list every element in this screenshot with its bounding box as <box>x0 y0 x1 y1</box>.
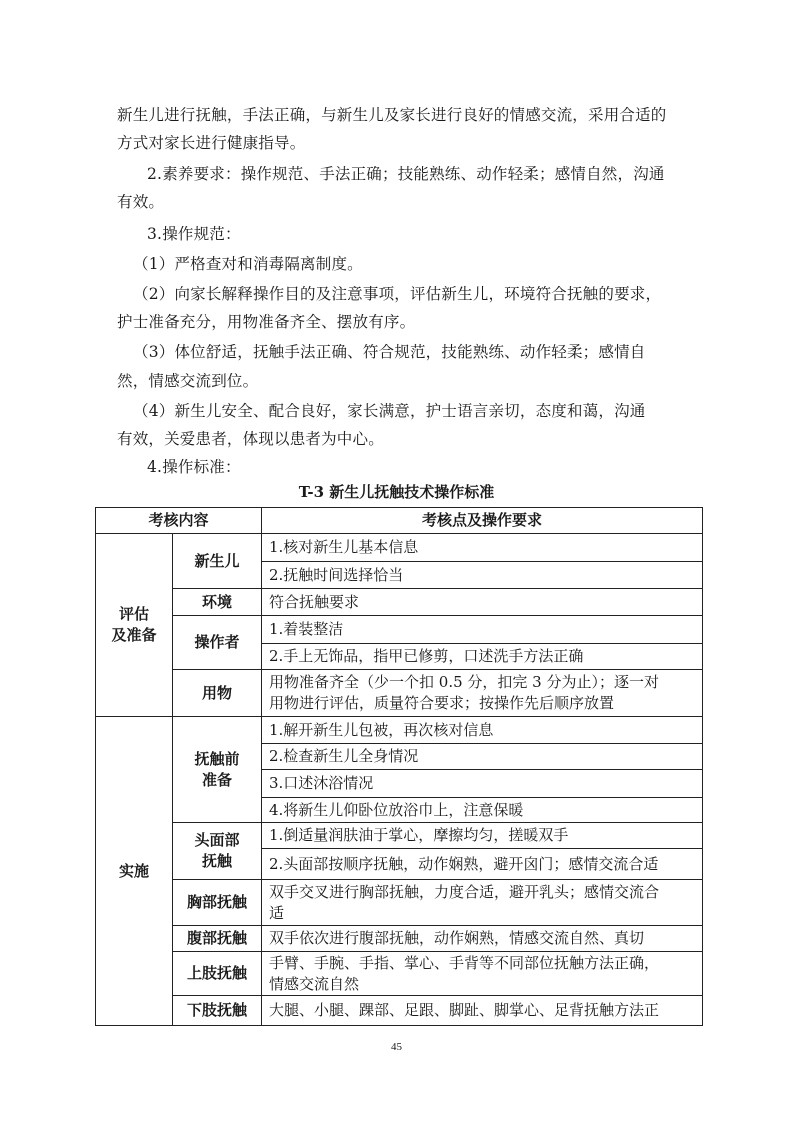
table-title: T-3 新生儿抚触技术操作标准 <box>0 482 793 502</box>
requirement-cell-text: 1.倒适量润肤油于掌心，摩擦均匀，搓暖双手 <box>269 825 568 846</box>
requirement-cell: 2.检查新生儿全身情况 <box>261 743 703 770</box>
requirement-cell: 双手依次进行腹部抚触，动作娴熟，情感交流自然、真切 <box>261 925 703 952</box>
item-cell: 操作者 <box>172 615 262 670</box>
requirement-cell-text: 3.口述沐浴情况 <box>269 773 373 794</box>
item-cell: 上肢抚触 <box>172 951 262 996</box>
section-cell-text: 评估 <box>111 604 156 625</box>
requirement-cell: 2.手上无饰品，指甲已修剪，口述洗手方法正确 <box>261 643 703 670</box>
item-cell-text: 准备 <box>194 770 239 791</box>
requirement-cell-text: 双手依次进行腹部抚触，动作娴熟，情感交流自然、真切 <box>269 928 644 949</box>
requirement-cell: 1.倒适量润肤油于掌心，摩擦均匀，搓暖双手 <box>261 822 703 849</box>
requirement-cell-text: 适 <box>269 903 659 924</box>
page-number: 45 <box>0 1041 793 1053</box>
item-cell: 抚触前准备 <box>172 716 262 823</box>
body-line: （3）体位舒适，抚触手法正确、符合规范，技能熟练、动作轻柔；感情自 <box>133 342 683 362</box>
requirement-cell-text: 情感交流自然 <box>269 974 659 995</box>
item-cell-text: 下肢抚触 <box>187 1000 247 1021</box>
requirement-cell-text: 1.着装整洁 <box>269 619 343 640</box>
section-cell-text: 实施 <box>119 861 149 882</box>
item-cell: 腹部抚触 <box>172 925 262 952</box>
requirement-cell: 2.抚触时间选择恰当 <box>261 561 703 589</box>
body-line: 新生儿进行抚触，手法正确，与新生儿及家长进行良好的情感交流，采用合适的 <box>117 105 683 125</box>
requirement-cell-text: 双手交叉进行胸部抚触，力度合适，避开乳头；感情交流合 <box>269 882 659 903</box>
section-cell: 评估及准备 <box>95 533 173 717</box>
requirement-cell: 4.将新生儿仰卧位放浴巾上，注意保暖 <box>261 797 703 823</box>
requirement-cell: 用物准备齐全（少一个扣 0.5 分，扣完 3 分为止）；逐一对用物进行评估，质量… <box>261 669 703 717</box>
requirement-cell-text: 4.将新生儿仰卧位放浴巾上，注意保暖 <box>269 800 523 821</box>
requirement-cell-text: 用物准备齐全（少一个扣 0.5 分，扣完 3 分为止）；逐一对 <box>269 672 659 693</box>
body-line: （2）向家长解释操作目的及注意事项，评估新生儿，环境符合抚触的要求， <box>133 284 683 304</box>
item-cell: 新生儿 <box>172 533 262 589</box>
requirement-cell-text: 手臂、手腕、手指、掌心、手背等不同部位抚触方法正确， <box>269 953 659 974</box>
requirement-cell-text: 大腿、小腿、踝部、足跟、脚趾、脚掌心、足背抚触方法正 <box>269 1000 659 1021</box>
requirement-cell: 双手交叉进行胸部抚触，力度合适，避开乳头；感情交流合适 <box>261 879 703 926</box>
item-cell: 头面部抚触 <box>172 822 262 880</box>
requirement-cell-text: 1.核对新生儿基本信息 <box>269 537 418 558</box>
item-cell-text: 抚触 <box>194 851 239 872</box>
body-line: 方式对家长进行健康指导。 <box>117 133 683 153</box>
body-line: 3.操作规范： <box>147 224 683 244</box>
requirement-cell-text: 1.解开新生儿包被，再次核对信息 <box>269 720 493 741</box>
requirement-cell-text: 用物进行评估，质量符合要求；按操作先后顺序放置 <box>269 693 659 714</box>
item-cell-text: 上肢抚触 <box>187 963 247 984</box>
item-cell-text: 胸部抚触 <box>187 892 247 913</box>
item-cell: 用物 <box>172 669 262 717</box>
item-cell: 胸部抚触 <box>172 879 262 926</box>
requirement-cell-text: 2.抚触时间选择恰当 <box>269 565 403 586</box>
item-cell-text: 腹部抚触 <box>187 928 247 949</box>
requirement-cell: 3.口述沐浴情况 <box>261 769 703 798</box>
requirement-cell: 2.头面部按顺序抚触，动作娴熟，避开囟门；感情交流合适 <box>261 848 703 880</box>
requirement-cell-text: 符合抚触要求 <box>269 592 359 613</box>
requirement-cell: 手臂、手腕、手指、掌心、手背等不同部位抚触方法正确，情感交流自然 <box>261 951 703 996</box>
item-cell-text: 操作者 <box>194 632 239 653</box>
section-cell-text: 及准备 <box>111 625 156 646</box>
item-cell: 下肢抚触 <box>172 995 262 1026</box>
item-cell-text: 头面部 <box>194 830 239 851</box>
body-line: 有效，关爱患者，体现以患者为中心。 <box>117 429 683 449</box>
body-line: （1）严格查对和消毒隔离制度。 <box>133 254 683 274</box>
requirement-cell: 符合抚触要求 <box>261 588 703 616</box>
item-cell-text: 用物 <box>202 683 232 704</box>
section-cell: 实施 <box>95 716 173 1026</box>
requirement-cell-text: 2.头面部按顺序抚触，动作娴熟，避开囟门；感情交流合适 <box>269 854 658 875</box>
header-col-content: 考核内容 <box>95 507 262 534</box>
header-col-requirements: 考核点及操作要求 <box>261 507 703 534</box>
body-line: 4.操作标准： <box>147 457 683 477</box>
requirement-cell: 大腿、小腿、踝部、足跟、脚趾、脚掌心、足背抚触方法正 <box>261 995 703 1026</box>
item-cell-text: 新生儿 <box>194 551 239 572</box>
requirement-cell: 1.核对新生儿基本信息 <box>261 533 703 562</box>
body-line: （4）新生儿安全、配合良好，家长满意，护士语言亲切，态度和蔼，沟通 <box>133 401 683 421</box>
item-cell-text: 环境 <box>202 592 232 613</box>
body-line: 护士准备充分，用物准备齐全、摆放有序。 <box>117 312 683 332</box>
requirement-cell-text: 2.手上无饰品，指甲已修剪，口述洗手方法正确 <box>269 646 583 667</box>
requirement-cell: 1.着装整洁 <box>261 615 703 644</box>
body-line: 有效。 <box>117 192 683 212</box>
requirement-cell: 1.解开新生儿包被，再次核对信息 <box>261 716 703 744</box>
requirement-cell-text: 2.检查新生儿全身情况 <box>269 746 418 767</box>
item-cell: 环境 <box>172 588 262 616</box>
body-line: 然，情感交流到位。 <box>117 371 683 391</box>
body-line: 2.素养要求：操作规范、手法正确；技能熟练、动作轻柔；感情自然，沟通 <box>147 164 683 184</box>
item-cell-text: 抚触前 <box>194 749 239 770</box>
